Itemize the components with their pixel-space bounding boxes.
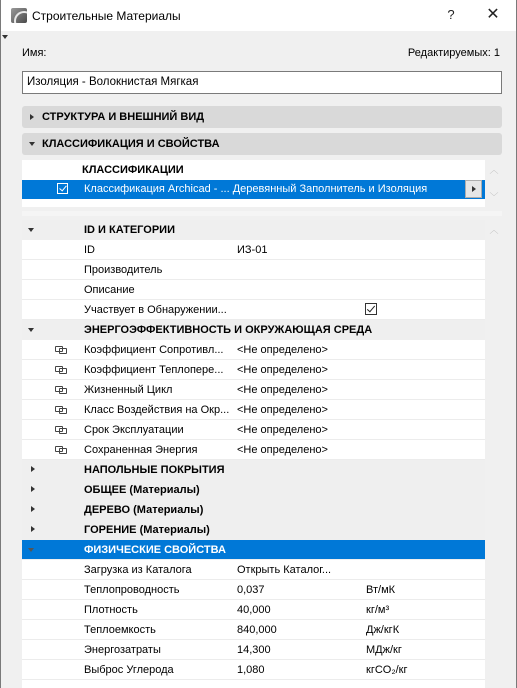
editable-count: Редактируемых: 1 <box>408 47 500 59</box>
property-name: Плотность <box>84 604 138 616</box>
panel-divider[interactable] <box>22 211 502 216</box>
group-title: ГОРЕНИЕ (Материалы) <box>84 524 210 536</box>
scroll-down-icon[interactable]: ﹀ <box>488 190 500 203</box>
scroll-up-icon[interactable]: ︿ <box>488 223 500 236</box>
scroll-up-icon[interactable]: ︿ <box>488 163 500 176</box>
close-button[interactable]: ✕ <box>481 4 505 26</box>
window-title: Строительные Материалы <box>32 9 181 23</box>
property-row[interactable]: Загрузка из Каталога Открыть Каталог... <box>22 560 485 580</box>
property-row[interactable]: Теплопроводность 0,037 Вт/мК <box>22 580 485 600</box>
property-value[interactable]: ИЗ-01 <box>237 244 267 256</box>
collapse-arrow-icon <box>29 142 35 146</box>
link-icon <box>55 426 67 433</box>
property-name: Энергозатраты <box>84 644 161 656</box>
group-floor-coverings[interactable]: НАПОЛЬНЫЕ ПОКРЫТИЯ <box>22 460 485 480</box>
property-row[interactable]: ID ИЗ-01 <box>22 240 485 260</box>
expand-arrow-icon <box>31 466 35 472</box>
property-name: Выброс Углерода <box>84 664 174 676</box>
property-name: Теплопроводность <box>84 584 180 596</box>
property-value[interactable]: <Не определено> <box>237 364 328 376</box>
name-label: Имя: <box>22 47 46 59</box>
property-name: Описание <box>84 284 135 296</box>
group-title: ID И КАТЕГОРИИ <box>84 224 175 236</box>
group-id-categories[interactable]: ID И КАТЕГОРИИ <box>22 220 485 240</box>
property-unit: Дж/кгК <box>366 624 399 636</box>
property-name: Коэффициент Сопротивл... <box>84 344 224 356</box>
property-value[interactable]: <Не определено> <box>237 344 328 356</box>
expand-arrow-icon <box>31 486 35 492</box>
property-unit: кг/м³ <box>366 604 389 616</box>
properties-table: ID И КАТЕГОРИИ ID ИЗ-01 Производитель Оп… <box>22 220 485 688</box>
section-classification-properties[interactable]: КЛАССИФИКАЦИЯ И СВОЙСТВА <box>22 133 502 155</box>
expand-arrow-icon <box>31 506 35 512</box>
collapse-arrow-icon <box>28 328 34 332</box>
section-structure-appearance[interactable]: СТРУКТУРА И ВНЕШНИЙ ВИД <box>22 106 502 128</box>
group-title: НАПОЛЬНЫЕ ПОКРЫТИЯ <box>84 464 224 476</box>
property-name: Класс Воздействия на Окр... <box>84 404 229 416</box>
property-value[interactable]: 14,300 <box>237 644 271 656</box>
property-value[interactable]: 0,037 <box>237 584 265 596</box>
collapse-arrow-icon <box>28 228 34 232</box>
section-label: СТРУКТУРА И ВНЕШНИЙ ВИД <box>42 106 204 128</box>
group-energy-environment[interactable]: ЭНЕРГОЭФФЕКТИВНОСТЬ И ОКРУЖАЮЩАЯ СРЕДА <box>22 320 485 340</box>
link-icon <box>55 446 67 453</box>
property-row[interactable]: Энергозатраты 14,300 МДж/кг <box>22 640 485 660</box>
section-label: КЛАССИФИКАЦИЯ И СВОЙСТВА <box>42 133 220 155</box>
group-combustion-materials[interactable]: ГОРЕНИЕ (Материалы) <box>22 520 485 540</box>
property-row[interactable]: Жизненный Цикл <Не определено> <box>22 380 485 400</box>
property-value[interactable]: 40,000 <box>237 604 271 616</box>
expand-arrow-icon <box>31 526 35 532</box>
property-row[interactable]: Участвует в Обнаружении... <box>22 300 485 320</box>
property-name: Срок Эксплуатации <box>84 424 184 436</box>
classification-picker-button[interactable] <box>465 180 482 198</box>
property-row[interactable]: Сохраненная Энергия <Не определено> <box>22 440 485 460</box>
link-icon <box>55 386 67 393</box>
group-title: ОБЩЕЕ (Материалы) <box>84 484 200 496</box>
property-value[interactable]: 840,000 <box>237 624 277 636</box>
property-row[interactable]: Плотность 40,000 кг/м³ <box>22 600 485 620</box>
expand-arrow-icon <box>30 114 34 120</box>
property-row[interactable]: Теплоемкость 840,000 Дж/кгК <box>22 620 485 640</box>
group-wood-materials[interactable]: ДЕРЕВО (Материалы) <box>22 500 485 520</box>
group-title: ДЕРЕВО (Материалы) <box>84 504 203 516</box>
property-unit: кгCO₂/кг <box>366 664 407 676</box>
property-row[interactable]: Производитель <box>22 260 485 280</box>
property-name: Участвует в Обнаружении... <box>84 304 227 316</box>
property-row[interactable]: Срок Эксплуатации <Не определено> <box>22 420 485 440</box>
building-materials-dialog: Строительные Материалы ? ✕ Имя: Редактир… <box>0 0 517 688</box>
property-value[interactable]: <Не определено> <box>237 444 328 456</box>
group-general-materials[interactable]: ОБЩЕЕ (Материалы) <box>22 480 485 500</box>
property-name: Теплоемкость <box>84 624 156 636</box>
property-name: Коэффициент Теплопере... <box>84 364 223 376</box>
properties-scrollbar[interactable]: ︿ <box>485 220 502 688</box>
link-icon <box>55 406 67 413</box>
property-name: Загрузка из Каталога <box>84 564 192 576</box>
property-row[interactable]: Выброс Углерода 1,080 кгCO₂/кг <box>22 660 485 680</box>
link-icon <box>55 366 67 373</box>
property-row[interactable]: Описание <box>22 280 485 300</box>
caret-down-icon <box>2 35 8 39</box>
group-title: ЭНЕРГОЭФФЕКТИВНОСТЬ И ОКРУЖАЮЩАЯ СРЕДА <box>84 324 372 336</box>
classification-row[interactable]: Классификация Archicad - ... Деревянный … <box>22 180 485 199</box>
property-name: Жизненный Цикл <box>84 384 172 396</box>
property-value[interactable]: 1,080 <box>237 664 265 676</box>
right-arrow-icon <box>472 186 476 192</box>
classification-checkbox[interactable] <box>57 183 68 194</box>
property-row[interactable]: Коэффициент Сопротивл... <Не определено> <box>22 340 485 360</box>
property-value[interactable]: <Не определено> <box>237 424 328 436</box>
archicad-app-icon <box>11 8 27 23</box>
classifications-header: КЛАССИФИКАЦИИ <box>82 164 184 176</box>
property-name: ID <box>84 244 95 256</box>
collapse-arrow-icon <box>28 548 34 552</box>
group-physical-properties[interactable]: ФИЗИЧЕСКИЕ СВОЙСТВА <box>22 540 485 560</box>
property-value[interactable]: <Не определено> <box>237 384 328 396</box>
link-icon <box>55 346 67 353</box>
participates-checkbox[interactable] <box>365 303 377 315</box>
open-catalog-link[interactable]: Открыть Каталог... <box>237 564 331 576</box>
help-button[interactable]: ? <box>441 4 461 26</box>
property-unit: Вт/мК <box>366 584 395 596</box>
classification-text: Классификация Archicad - ... Деревянный … <box>84 183 427 195</box>
title-bar: Строительные Материалы ? ✕ <box>1 0 516 31</box>
classifications-list: КЛАССИФИКАЦИИ Классификация Archicad - .… <box>22 160 485 207</box>
name-input[interactable]: Изоляция - Волокнистая Мягкая <box>22 71 502 94</box>
group-title: ФИЗИЧЕСКИЕ СВОЙСТВА <box>84 544 226 556</box>
property-name: Производитель <box>84 264 162 276</box>
property-row[interactable]: Коэффициент Теплопере... <Не определено> <box>22 360 485 380</box>
property-value[interactable]: <Не определено> <box>237 404 328 416</box>
property-name: Сохраненная Энергия <box>84 444 197 456</box>
property-unit: МДж/кг <box>366 644 402 656</box>
property-row[interactable]: Класс Воздействия на Окр... <Не определе… <box>22 400 485 420</box>
